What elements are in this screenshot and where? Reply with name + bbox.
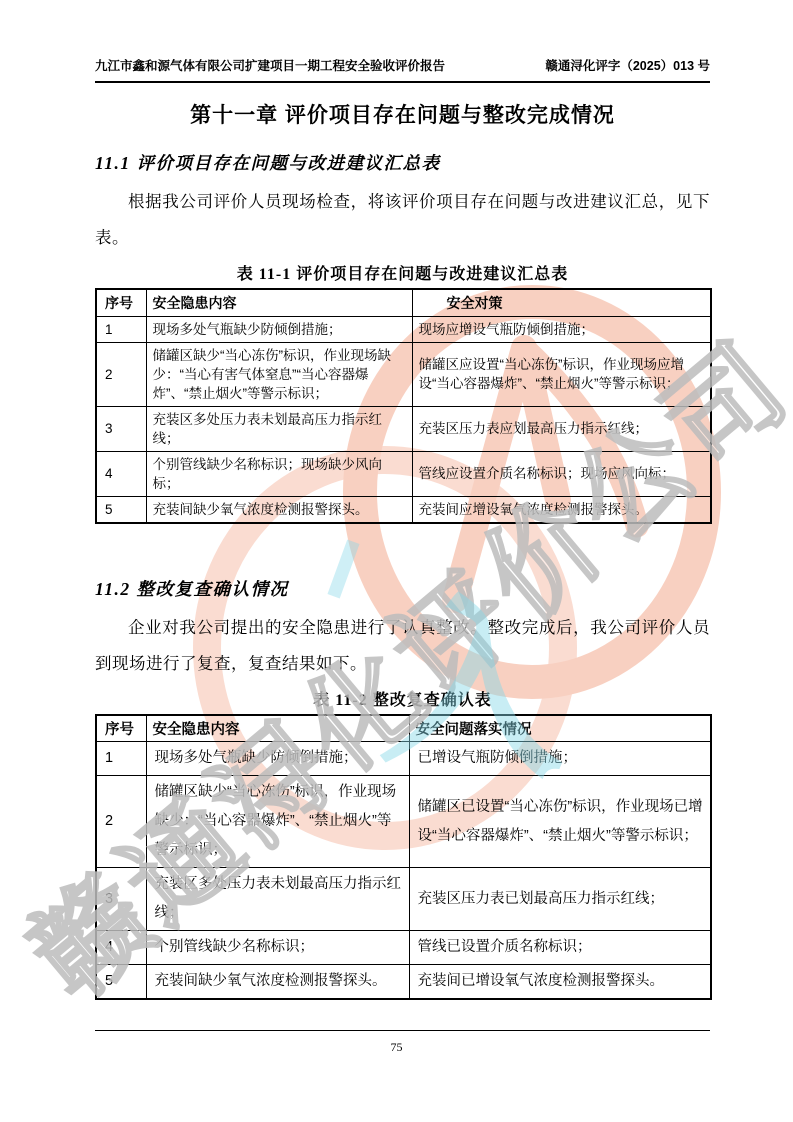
table-row: 5充装间缺少氧气浓度检测报警探头。充装间已增设氧气浓度检测报警探头。 — [96, 965, 711, 1000]
table-cell: 充装间应增设氧气浓度检测报警探头。 — [412, 496, 711, 523]
table-row: 1现场多处气瓶缺少防倾倒措施；现场应增设气瓶防倾倒措施； — [96, 316, 711, 342]
table-cell: 充装区多处压力表未划最高压力指示红线； — [146, 406, 412, 451]
table-cell: 2 — [96, 776, 146, 868]
table-row: 4个别管线缺少名称标识；现场缺少风向标；管线应设置介质名称标识；现场应风向标； — [96, 451, 711, 496]
table-cell: 管线应设置介质名称标识；现场应风向标； — [412, 451, 711, 496]
table-row: 4个别管线缺少名称标识；管线已设置介质名称标识； — [96, 931, 711, 965]
table-row: 5充装间缺少氧气浓度检测报警探头。充装间应增设氧气浓度检测报警探头。 — [96, 496, 711, 523]
table-cell: 储罐区已设置“当心冻伤”标识，作业现场已增设“当心容器爆炸”、“禁止烟火”等警示… — [409, 776, 711, 868]
table-cell: 个别管线缺少名称标识；现场缺少风向标； — [146, 451, 412, 496]
table-cell: 充装间缺少氧气浓度检测报警探头。 — [146, 965, 409, 1000]
table-cell: 5 — [96, 965, 146, 1000]
table-cell: 现场多处气瓶缺少防倾倒措施； — [146, 742, 409, 776]
table-cell: 2 — [96, 342, 146, 406]
table-row: 1现场多处气瓶缺少防倾倒措施；已增设气瓶防倾倒措施； — [96, 742, 711, 776]
section-heading-11-2: 11.2 整改复查确认情况 — [95, 576, 710, 601]
column-header: 序号 — [96, 289, 146, 316]
table-11-1-caption: 表 11-1 评价项目存在问题与改进建议汇总表 — [95, 261, 710, 284]
doc-number: 赣通浔化评字（2025）013 号 — [545, 56, 710, 74]
table-cell: 充装区压力表应划最高压力指示红线； — [412, 406, 711, 451]
table-row: 2储罐区缺少“当心冻伤”标识，作业现场缺少：“当心容器爆炸”、“禁止烟火”等警示… — [96, 776, 711, 868]
table-cell: 4 — [96, 931, 146, 965]
table-cell: 5 — [96, 496, 146, 523]
table-cell: 储罐区应设置“当心冻伤”标识，作业现场应增设“当心容器爆炸”、“禁止烟火”等警示… — [412, 342, 711, 406]
column-header: 安全问题落实情况 — [409, 715, 711, 742]
column-header: 安全隐患内容 — [146, 715, 409, 742]
table-11-2-caption: 表 11-2 整改复查确认表 — [95, 687, 710, 710]
document-page: 九江市鑫和源气体有限公司扩建项目一期工程安全验收评价报告 赣通浔化评字（2025… — [0, 0, 793, 1122]
table-header-row: 序号安全隐患内容安全问题落实情况 — [96, 715, 711, 742]
footer-rule — [95, 1030, 710, 1031]
table-row: 3充装区多处压力表未划最高压力指示红线；充装区压力表已划最高压力指示红线； — [96, 868, 711, 931]
table-cell: 管线已设置介质名称标识； — [409, 931, 711, 965]
table-cell: 现场应增设气瓶防倾倒措施； — [412, 316, 711, 342]
table-cell: 充装区多处压力表未划最高压力指示红线； — [146, 868, 409, 931]
column-header: 安全对策 — [412, 289, 711, 316]
section-heading-11-1: 11.1 评价项目存在问题与改进建议汇总表 — [95, 150, 710, 175]
section-11-2-paragraph: 企业对我公司提出的安全隐患进行了认真整改。整改完成后，我公司评价人员到现场进行了… — [95, 610, 710, 682]
table-cell: 现场多处气瓶缺少防倾倒措施； — [146, 316, 412, 342]
column-header: 序号 — [96, 715, 146, 742]
table-cell: 个别管线缺少名称标识； — [146, 931, 409, 965]
table-cell: 1 — [96, 316, 146, 342]
table-cell: 储罐区缺少“当心冻伤”标识，作业现场缺少：“当心容器爆炸”、“禁止烟火”等警示标… — [146, 776, 409, 868]
page-number: 75 — [0, 1040, 793, 1055]
problems-suggestions-table: 序号安全隐患内容安全对策 1现场多处气瓶缺少防倾倒措施；现场应增设气瓶防倾倒措施… — [95, 288, 712, 524]
chapter-title: 第十一章 评价项目存在问题与整改完成情况 — [95, 99, 710, 129]
page-content: 九江市鑫和源气体有限公司扩建项目一期工程安全验收评价报告 赣通浔化评字（2025… — [95, 56, 710, 1000]
table-cell: 充装间缺少氧气浓度检测报警探头。 — [146, 496, 412, 523]
table-row: 2储罐区缺少“当心冻伤”标识，作业现场缺少：“当心有害气体窒息”“当心容器爆炸”… — [96, 342, 711, 406]
table-row: 3充装区多处压力表未划最高压力指示红线；充装区压力表应划最高压力指示红线； — [96, 406, 711, 451]
table-cell: 储罐区缺少“当心冻伤”标识，作业现场缺少：“当心有害气体窒息”“当心容器爆炸”、… — [146, 342, 412, 406]
table-cell: 充装间已增设氧气浓度检测报警探头。 — [409, 965, 711, 1000]
running-header: 九江市鑫和源气体有限公司扩建项目一期工程安全验收评价报告 赣通浔化评字（2025… — [95, 56, 710, 83]
table-cell: 充装区压力表已划最高压力指示红线； — [409, 868, 711, 931]
table-cell: 4 — [96, 451, 146, 496]
section-11-1-paragraph: 根据我公司评价人员现场检查，将该评价项目存在问题与改进建议汇总，见下表。 — [95, 184, 710, 256]
table-cell: 已增设气瓶防倾倒措施； — [409, 742, 711, 776]
table-header-row: 序号安全隐患内容安全对策 — [96, 289, 711, 316]
table-cell: 3 — [96, 406, 146, 451]
report-title: 九江市鑫和源气体有限公司扩建项目一期工程安全验收评价报告 — [95, 56, 445, 74]
column-header: 安全隐患内容 — [146, 289, 412, 316]
table-cell: 1 — [96, 742, 146, 776]
rectification-review-table: 序号安全隐患内容安全问题落实情况 1现场多处气瓶缺少防倾倒措施；已增设气瓶防倾倒… — [95, 714, 712, 1001]
table-cell: 3 — [96, 868, 146, 931]
